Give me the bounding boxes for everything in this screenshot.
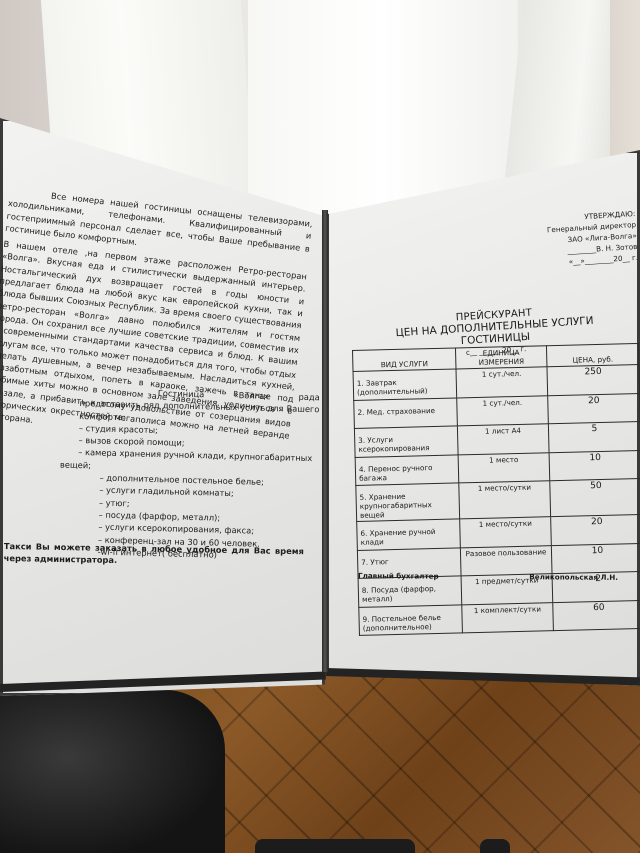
price-cell: 50 <box>550 478 640 516</box>
unit-cell: 1 место <box>458 452 550 483</box>
leather-jacket <box>0 690 225 853</box>
accountant-name: Великопольская Л.Н. <box>529 572 618 582</box>
taxi-note: Такси Вы можете заказать в любое удобное… <box>4 540 304 570</box>
price-cell: 10 <box>549 450 640 481</box>
price-table: ВИД УСЛУГИ ЕДИНИЦА ИЗМЕРЕНИЯ ЦЕНА, руб. … <box>352 343 640 636</box>
shoe <box>480 839 510 853</box>
signature-row: Главный бухгалтер Великопольская Л.Н. <box>358 571 618 582</box>
price-cell: 20 <box>548 393 640 424</box>
price-cell: 60 <box>553 600 640 631</box>
service-cell: 1. Завтрак (дополнительный) <box>353 369 457 400</box>
service-cell: 5. Хранение крупногабаритных вещей <box>356 483 460 522</box>
header-price: ЦЕНА, руб. <box>546 344 638 367</box>
unit-cell: 1 лист А4 <box>457 424 549 455</box>
unit-cell: 1 сут./чел. <box>457 395 549 426</box>
price-cell: 10 <box>551 543 640 574</box>
service-cell: 2. Мед. страхование <box>354 397 458 428</box>
taxi-label: Такси <box>4 541 32 551</box>
service-cell: 4. Перенос ручного багажа <box>355 454 459 485</box>
folder-spine <box>322 210 328 672</box>
price-cell: 20 <box>551 514 640 545</box>
header-service: ВИД УСЛУГИ <box>353 348 456 372</box>
unit-cell: 1 сут./чел. <box>456 367 548 398</box>
unit-cell: 1 место/сутки <box>459 481 551 519</box>
price-cell: 250 <box>547 364 640 395</box>
service-cell: 9. Постельное белье (дополнительное) <box>359 604 463 635</box>
services-section: Гостиница «Волга» рада предоставить ряд … <box>75 385 319 563</box>
service-cell: 3. Услуги ксерокопирования <box>354 426 458 457</box>
accountant-role: Главный бухгалтер <box>358 571 439 581</box>
price-cell: 5 <box>548 421 640 452</box>
service-cell: 6. Хранение ручной клади <box>357 519 461 550</box>
header-unit: ЕДИНИЦА ИЗМЕРЕНИЯ <box>455 346 546 369</box>
unit-cell: 1 место/сутки <box>460 517 552 548</box>
approval-block: УТВЕРЖДАЮ: Генеральный директор ЗАО «Лиг… <box>520 208 638 270</box>
unit-cell: 1 комплект/сутки <box>462 602 554 633</box>
taxi-text: Вы можете заказать в любое удобное для В… <box>4 541 304 565</box>
shoe <box>255 839 415 853</box>
services-intro: Гостиница «Волга» рада предоставить ряд … <box>79 385 320 428</box>
